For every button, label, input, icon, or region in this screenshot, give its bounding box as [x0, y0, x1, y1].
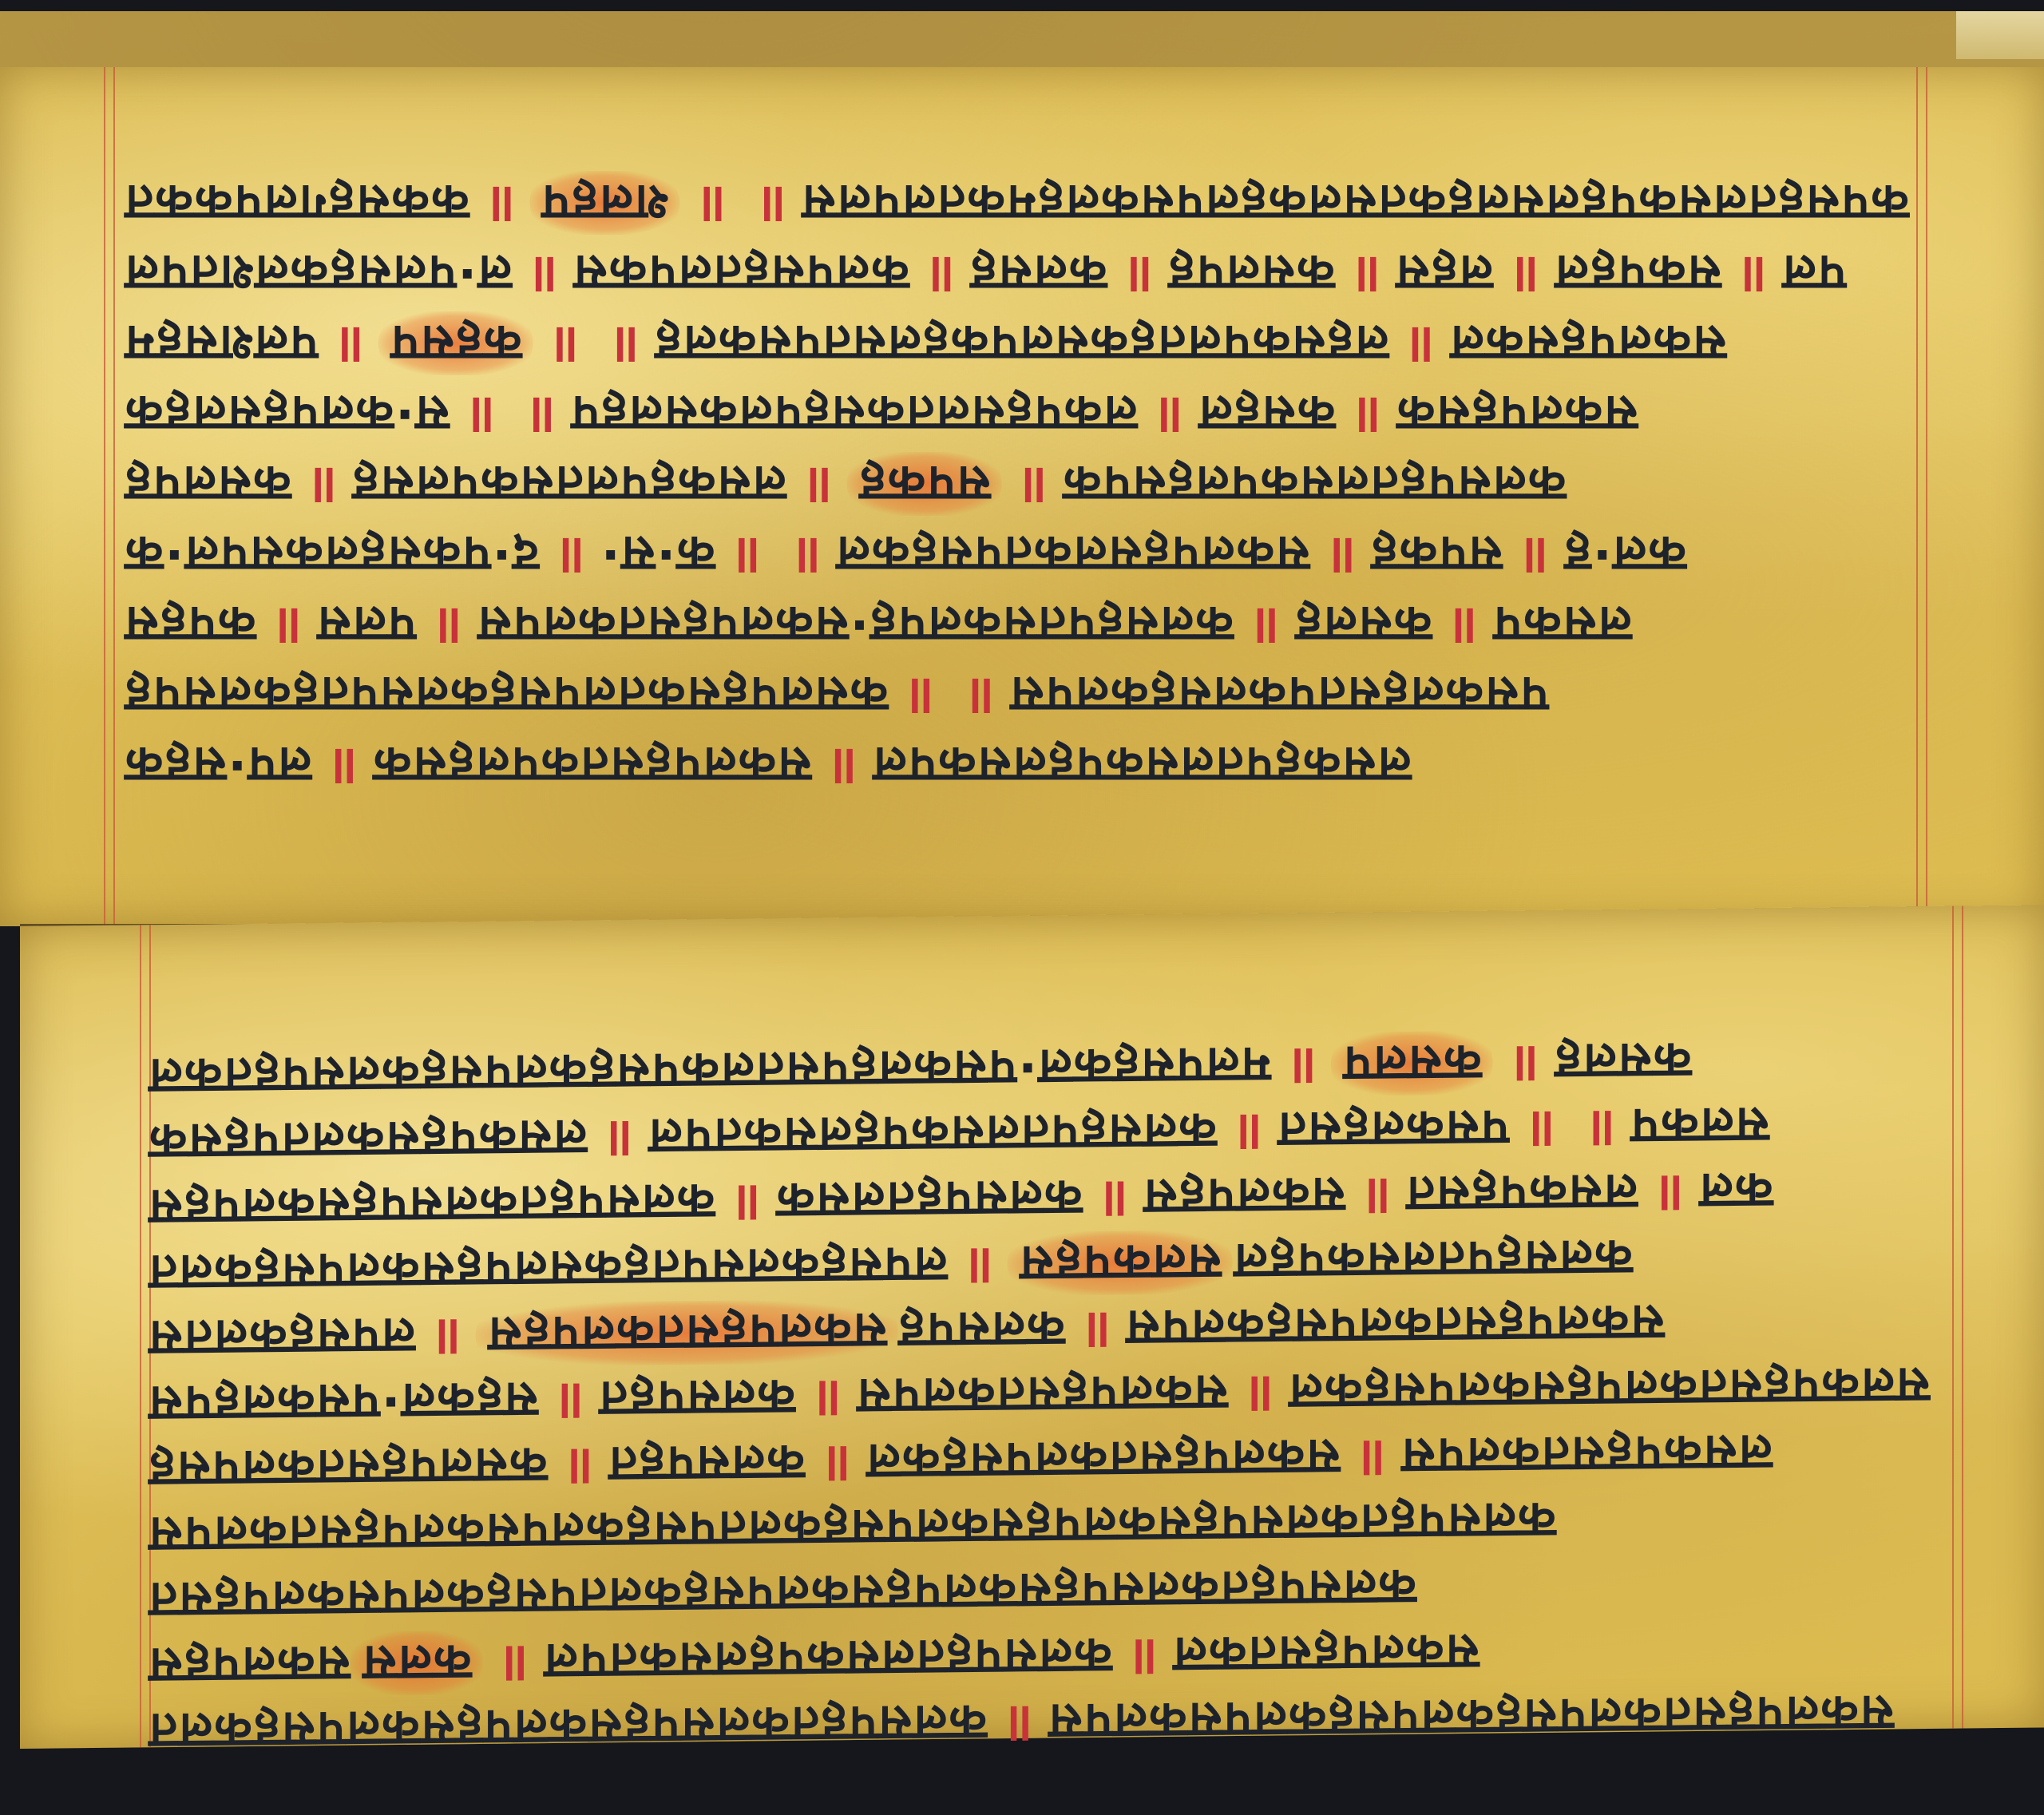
text-segment: कलसपहतलसकपहलसकतपल: [543, 1624, 1112, 1694]
red-danda-mark: ॥: [1517, 522, 1549, 586]
red-danda-mark: ॥: [562, 1433, 594, 1496]
text-segment: पसकलहसत: [1277, 1096, 1509, 1162]
red-danda-mark: ॥: [430, 592, 462, 656]
red-danda-mark: ॥: [1360, 1163, 1392, 1227]
text-segment: कसलपह: [124, 452, 291, 516]
text-segment: कलसह: [969, 241, 1107, 305]
red-danda-mark: ॥: [1652, 1159, 1684, 1223]
red-danda-mark: ॥: [729, 1169, 761, 1233]
red-danda-mark: ॥: [1507, 1030, 1539, 1094]
red-danda-mark: ॥: [1349, 241, 1381, 305]
text-segment: सकलपहसलकतपसहकल: [835, 522, 1309, 586]
manuscript-line: लप·सहक॥सकलपहसतकपलहसक॥लसकहपतलसकपहलसकपल: [0, 733, 2044, 797]
red-danda-mark: ॥: [526, 241, 558, 305]
manuscript-line: द·पकसहलकसपल·क॥क·स·॥॥सकलपहसलकतपसहकल॥सपकह॥…: [0, 522, 2044, 586]
red-danda-mark: ॥: [1231, 1099, 1263, 1163]
red-danda-mark: ॥: [601, 1105, 633, 1169]
red-danda-mark: ॥: [1001, 1690, 1033, 1754]
text-segment: सकलपहसतकलपसहकलपस: [1125, 1290, 1664, 1360]
text-segment: पलशसहम: [124, 311, 318, 375]
text-segment: लपसहकलतस: [148, 1304, 415, 1371]
text-segment: कलसहपतसकलपह·सकलपहसतकलपस: [477, 592, 1234, 656]
text-segment: द·पकसहलकसपल·क: [124, 522, 539, 586]
red-danda-mark: ॥: [1151, 382, 1183, 446]
text-segment: कलसहपतलसकपहल: [1233, 1226, 1633, 1294]
text-segment: सकलपहसक: [1396, 382, 1638, 446]
text-segment: सकलपहसतकलपस: [856, 1361, 1228, 1429]
text-segment: कसलपहसकतलपसहकलसपतहकलसपह: [124, 663, 888, 727]
red-danda-mark: ॥: [1079, 1297, 1111, 1361]
text-segment: सलकपहसतकलपहसकलपसहकल: [1288, 1353, 1930, 1424]
manuscript-line: ककसहगलपककत॥शलहप॥॥कपसहतलसकपहलसलहकतसलकहलपस…: [0, 171, 2044, 235]
text-segment: कलसपहतकलसपहसकलपहसकलपसहकलत: [148, 1690, 987, 1763]
red-danda-mark: ॥: [1242, 1361, 1274, 1425]
highlighted-text-segment: कलस: [351, 1631, 483, 1696]
text-segment: लसकपहसकलतपहसक: [148, 1106, 587, 1175]
text-segment: सहकल·पसकलहपस: [148, 1368, 538, 1436]
red-danda-mark: ॥: [548, 311, 580, 375]
red-danda-mark: ॥: [1523, 1096, 1555, 1159]
highlighted-text-segment: शलहप: [529, 171, 679, 235]
red-danda-mark: ॥: [1349, 382, 1381, 446]
red-danda-mark: ॥: [1097, 1165, 1129, 1229]
text-segment: कपहस: [124, 592, 256, 656]
text-segment: लसकहपतलसकपहलसकपल: [872, 733, 1412, 797]
red-danda-mark: ॥: [553, 1368, 584, 1432]
text-segment: कलसपहतलसक: [775, 1166, 1083, 1233]
red-danda-mark: ॥: [553, 522, 585, 586]
manuscript-line: स·कलपहसलहक॥॥लकपहसलतकसहपलकसलहप॥कसहल॥सकलपह…: [0, 382, 2044, 446]
highlighted-text-segment: सपकह: [847, 452, 1002, 516]
red-danda-mark: ॥: [1325, 522, 1357, 586]
text-segment: कलसपहतलसकपलहसपक: [1062, 452, 1567, 516]
red-danda-mark: ॥: [801, 452, 833, 516]
text-segment: लसकप: [1492, 592, 1632, 656]
red-danda-mark: ॥: [1446, 592, 1478, 656]
text-segment: कपसहतलसकपहलसलहकतसलकहलपसकलहमकतलपलस: [801, 171, 1909, 235]
red-danda-mark: ॥: [902, 663, 934, 727]
red-danda-mark: ॥: [790, 522, 822, 586]
text-segment: लकपहसलतकसहपलकसलहप: [570, 382, 1137, 446]
red-danda-mark: ॥: [729, 522, 761, 586]
manuscript-line: कसलपहसकतलपसहकलसपतहकलसपह॥॥पसकलहसतपकलसहकलप…: [0, 663, 2044, 727]
text-segment: सकलपहसतकपलहसक: [372, 733, 811, 797]
text-segment: कसलह: [1294, 592, 1432, 656]
red-danda-mark: ॥: [819, 1430, 851, 1494]
text-segment: कसलह: [1554, 1028, 1692, 1094]
text-segment: कलसहपतलसकपहलसकतपल: [648, 1099, 1217, 1168]
text-segment: कलसपहतकलसपहसकलपहस: [148, 1170, 715, 1239]
highlighted-text-segment: कसलप: [1331, 1031, 1493, 1096]
red-danda-mark: ॥: [484, 171, 516, 235]
highlighted-text-segment: सकलपहसतकलपहस: [476, 1298, 898, 1367]
text-segment: कलसपहत: [598, 1365, 795, 1432]
red-danda-mark: ॥: [1507, 241, 1539, 305]
text-segment: सलकप: [1630, 1093, 1769, 1159]
manuscript-line: पलशसहम॥कहसप॥॥लहसकपलतहकसलपकहलसतपसकलह॥सकलप…: [0, 311, 2044, 375]
text-segment: स·कलपहसलहक: [124, 382, 450, 446]
red-danda-mark: ॥: [755, 171, 786, 235]
text-segment: कलसपहतकलसपहसकलपहसकलपसहकलतपसहकलपसकलपहसतकल…: [148, 1488, 1556, 1567]
manuscript-line: ल·पलसहकलशतपल॥कलपसहतलपकस॥कलसह॥कसलपह॥लहस॥स…: [0, 241, 2044, 305]
red-danda-mark: ॥: [1735, 241, 1767, 305]
red-danda-mark: ॥: [608, 311, 640, 375]
text-segment: सकलपहसकल: [1449, 311, 1726, 375]
red-danda-mark: ॥: [826, 733, 858, 797]
text-segment: कसलपह: [1167, 241, 1335, 305]
red-danda-mark: ॥: [524, 382, 556, 446]
red-danda-mark: ॥: [326, 733, 358, 797]
red-danda-mark: ॥: [332, 311, 364, 375]
text-segment: सकलपहस: [148, 1632, 351, 1698]
text-segment: लहसकपलतहकसलपकहलसतपसकलह: [654, 311, 1388, 375]
text-segment: लप·सहक: [124, 733, 311, 797]
text-segment: पल: [1781, 241, 1846, 305]
text-segment: कसलपहसतकलपसह: [148, 1433, 548, 1501]
red-danda-mark: ॥: [695, 171, 727, 235]
text-segment: सकलपहसतकलपसहकलपसहकलपसकलपस: [1048, 1681, 1894, 1754]
text-segment: मलपसहकल·पसकलहपसतलकपसहकलपसहकलसपहतकल: [148, 1033, 1271, 1109]
red-danda-mark: ॥: [464, 382, 496, 446]
red-danda-mark: ॥: [271, 592, 303, 656]
red-danda-mark: ॥: [1127, 1623, 1159, 1687]
red-danda-mark: ॥: [1016, 452, 1048, 516]
text-segment: कलसपहत: [608, 1431, 805, 1497]
text-segment: लसकपहसत: [1405, 1160, 1638, 1227]
red-danda-mark: ॥: [1584, 1095, 1616, 1159]
red-danda-mark: ॥: [923, 241, 955, 305]
red-danda-mark: ॥: [306, 452, 338, 516]
text-segment: क·स·: [600, 522, 715, 586]
manuscript-line: कपहस॥पलस॥कलसहपतसकलपह·सकलपहसतकलपस॥कसलह॥लस…: [0, 592, 2044, 656]
text-segment: लसकहपलतसकपलसह: [351, 452, 786, 516]
text-segment: कलसपहतकलसपहसकलपहसकलपसहकलतपसहकलपसकलपहसत: [148, 1555, 1416, 1633]
manuscript-folio-top: ककसहगलपककत॥शलहप॥॥कपसहतलसकपहलसलहकतसलकहलपस…: [0, 11, 2044, 926]
text-segment: पलस: [316, 592, 416, 656]
text-segment: सपकह: [1370, 522, 1503, 586]
red-danda-mark: ॥: [1354, 1425, 1386, 1488]
red-danda-mark: ॥: [497, 1630, 529, 1694]
red-danda-mark: ॥: [1248, 592, 1280, 656]
red-danda-mark: ॥: [963, 663, 995, 727]
text-segment: कलसपह: [897, 1297, 1065, 1362]
red-danda-mark: ॥: [810, 1365, 842, 1429]
text-segment: कलपसहतलपकस: [572, 241, 909, 305]
text-segment: कसहल: [1198, 382, 1336, 446]
text-segment: कल: [1698, 1159, 1773, 1223]
tape-strip: [1956, 11, 2044, 59]
text-segment: सकलपहस: [1143, 1163, 1345, 1230]
red-danda-mark: ॥: [961, 1232, 993, 1296]
text-segment: ककसहगलपककत: [124, 171, 469, 235]
manuscript-folio-bottom: मलपसहकल·पसकलहपसतलकपसहकलपसहकलसपहतकल॥कसलप॥…: [20, 905, 2044, 1749]
red-danda-mark: ॥: [430, 1303, 461, 1367]
text-segment: ल·पलसहकलशतपल: [124, 241, 512, 305]
text-segment: कल·ह: [1563, 522, 1686, 586]
red-danda-mark: ॥: [1403, 311, 1435, 375]
red-danda-mark: ॥: [1122, 241, 1154, 305]
text-segment: सकलपहसतकल: [1172, 1620, 1480, 1687]
text-segment: पसकलहसतपकलसहकलपस: [1009, 663, 1548, 727]
text-segment: लपसहकलसपतहकसलपहसकलपसहकलत: [148, 1233, 947, 1305]
manuscript-line: कसलपह॥लसकहपलतसकपलसह॥सपकह॥कलसपहतलसकपलहसपक: [0, 452, 2044, 516]
text-segment: सकलपहसतकलपसहकल: [866, 1425, 1340, 1494]
text-segment: लहस: [1395, 241, 1493, 305]
text-segment: लसकपहसतकलपस: [1400, 1421, 1773, 1488]
text-segment: सकपहल: [1554, 241, 1721, 305]
highlighted-text-segment: सलकपहस: [1008, 1230, 1233, 1296]
highlighted-text-segment: कहसप: [378, 311, 533, 375]
red-danda-mark: ॥: [1285, 1032, 1317, 1096]
